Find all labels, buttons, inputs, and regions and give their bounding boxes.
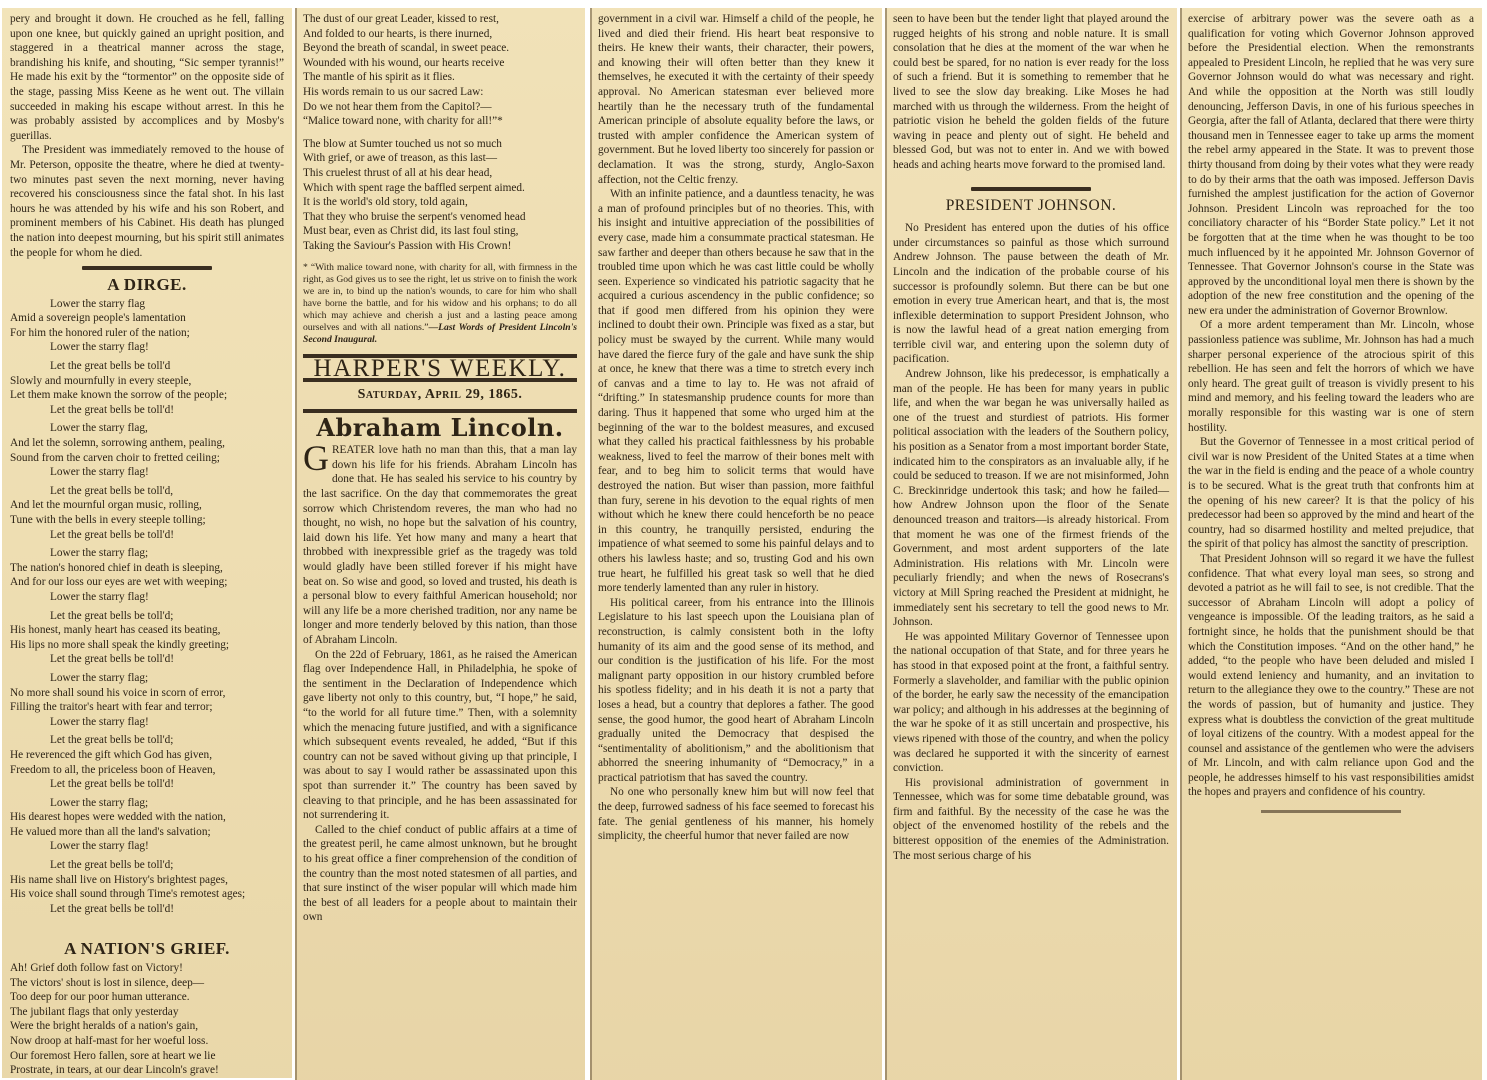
poem-nations-grief: Ah! Grief doth follow fast on Victory!Th… (10, 961, 284, 1078)
poem-line: Lower the starry flag (10, 297, 284, 312)
poem-stanza: Let the great bells be toll'd;His honest… (10, 609, 284, 667)
poem-line: Let the great bells be toll'd! (10, 403, 284, 418)
article-paragraph: Andrew Johnson, like his predecessor, is… (893, 367, 1169, 630)
section-divider (971, 187, 1091, 191)
poem-line: His voice shall sound through Time's rem… (10, 887, 284, 902)
article-paragraph: Of a more ardent temperament than Mr. Li… (1188, 318, 1474, 435)
poem-line: Tune with the bells in every steeple tol… (10, 513, 284, 528)
poem-line: Let the great bells be toll'd (10, 359, 284, 374)
article-paragraph: No President has entered upon the duties… (893, 221, 1169, 367)
poem-title-nations-grief: A NATION'S GRIEF. (10, 942, 284, 957)
poem-dirge: Lower the starry flagAmid a sovereign pe… (10, 297, 284, 917)
poem-stanza: Lower the starry flag;The nation's honor… (10, 546, 284, 604)
poem-stanza: Lower the starry flag,And let the solemn… (10, 421, 284, 479)
article-continuation-paragraph: seen to have been but the tender light t… (893, 12, 1169, 173)
article-paragraph: But the Governor of Tennessee in a most … (1188, 435, 1474, 552)
poem-line: No more shall sound his voice in scorn o… (10, 686, 284, 701)
poem-stanza: Lower the starry flag;No more shall soun… (10, 671, 284, 729)
poem-line: Too deep for our poor human utterance. (10, 990, 284, 1005)
poem-line: His dearest hopes were wedded with the n… (10, 810, 284, 825)
poem-line: Lower the starry flag! (10, 340, 284, 355)
poem-line: Slowly and mournfully in every steeple, (10, 374, 284, 389)
poem-verse-2: The blow at Sumter touched us not so muc… (303, 137, 577, 254)
poem-line: Must bear, even as Christ did, its last … (303, 224, 577, 239)
article-paragraph: He was appointed Military Governor of Te… (893, 630, 1169, 776)
poem-line: Sound from the carven choir to fretted c… (10, 451, 284, 466)
section-divider (82, 266, 212, 270)
poem-line: Let the great bells be toll'd, (10, 484, 284, 499)
poem-line: It is the world's old story, told again, (303, 195, 577, 210)
article-title: Abraham Lincoln. (303, 421, 577, 436)
article-continuation-paragraph: exercise of arbitrary power was the seve… (1188, 12, 1474, 318)
poem-line: Let the great bells be toll'd! (10, 902, 284, 917)
poem-line: He reverenced the gift which God has giv… (10, 748, 284, 763)
poem-line: The mantle of his spirit as it flies. (303, 70, 577, 85)
poem-line: Let the great bells be toll'd! (10, 777, 284, 792)
poem-line: Prostrate, in tears, at our dear Lincoln… (10, 1063, 284, 1078)
dateline: Saturday, April 29, 1865. (303, 386, 577, 413)
poem-verse-1: The dust of our great Leader, kissed to … (303, 12, 577, 129)
poem-line: Lower the starry flag! (10, 465, 284, 480)
article-paragraph: That President Johnson will so regard it… (1188, 552, 1474, 800)
poem-line: The jubilant flags that only yesterday (10, 1005, 284, 1020)
poem-line: Filling the traitor's heart with fear an… (10, 700, 284, 715)
article-paragraph: No one who personally knew him but will … (598, 785, 874, 843)
poem-line: The nation's honored chief in death is s… (10, 561, 284, 576)
poem-line: He valued more than all the land's salva… (10, 825, 284, 840)
poem-line: Ah! Grief doth follow fast on Victory! (10, 961, 284, 976)
article-paragraph: Called to the chief conduct of public af… (303, 823, 577, 925)
poem-line: And folded to our hearts, is there inurn… (303, 27, 577, 42)
section-title-president-johnson: PRESIDENT JOHNSON. (893, 199, 1169, 214)
poem-line: His honest, manly heart has ceased its b… (10, 623, 284, 638)
end-flourish-divider (1261, 810, 1401, 813)
poem-line: Lower the starry flag, (10, 421, 284, 436)
poem-stanza: Lower the starry flagAmid a sovereign pe… (10, 297, 284, 355)
poem-line: The dust of our great Leader, kissed to … (303, 12, 577, 27)
column-3: government in a civil war. Himself a chi… (590, 8, 882, 1080)
poem-stanza: Let the great bells be toll'd;He reveren… (10, 733, 284, 791)
poem-line: This cruelest thrust of all at his dear … (303, 166, 577, 181)
poem-line: Do we not hear them from the Capitol?— (303, 100, 577, 115)
poem-line: The victors' shout is lost in silence, d… (10, 976, 284, 991)
poem-line: His name shall live on History's brighte… (10, 873, 284, 888)
poem-line: Let the great bells be toll'd; (10, 609, 284, 624)
article-paragraph: The President was immediately removed to… (10, 143, 284, 260)
poem-line: The blow at Sumter touched us not so muc… (303, 137, 577, 152)
poem-line: And for our loss our eyes are wet with w… (10, 575, 284, 590)
poem-line: That they who bruise the serpent's venom… (303, 210, 577, 225)
poem-line: Let them make known the sorrow of the pe… (10, 388, 284, 403)
footnote: * “With malice toward none, with charity… (303, 262, 577, 346)
poem-line: Lower the starry flag! (10, 590, 284, 605)
article-paragraph: On the 22d of February, 1861, as he rais… (303, 648, 577, 823)
article-paragraph: His political career, from his entrance … (598, 596, 874, 786)
poem-stanza: Let the great bells be toll'dSlowly and … (10, 359, 284, 417)
poem-line: Wounded with his wound, our hearts recei… (303, 56, 577, 71)
article-continuation-paragraph: pery and brought it down. He crouched as… (10, 12, 284, 143)
poem-line: Beyond the breath of scandal, in sweet p… (303, 41, 577, 56)
article-paragraph: With an infinite patience, and a dauntle… (598, 187, 874, 596)
poem-line: “Malice toward none, with charity for al… (303, 114, 577, 129)
article-continuation-paragraph: government in a civil war. Himself a chi… (598, 12, 874, 187)
poem-title-dirge: A DIRGE. (10, 278, 284, 293)
poem-line: Now droop at half-mast for her woeful lo… (10, 1034, 284, 1049)
poem-line: His lips no more shall speak the kindly … (10, 638, 284, 653)
poem-line: Lower the starry flag! (10, 715, 284, 730)
poem-line: Which with spent rage the baffled serpen… (303, 181, 577, 196)
column-1: pery and brought it down. He crouched as… (2, 8, 292, 1078)
poem-stanza: Lower the starry flag;His dearest hopes … (10, 796, 284, 854)
article-paragraph: His provisional administration of govern… (893, 776, 1169, 864)
poem-line: And let the mournful organ music, rollin… (10, 498, 284, 513)
poem-line: Lower the starry flag; (10, 796, 284, 811)
masthead: HARPER'S WEEKLY. (303, 354, 577, 383)
poem-line: His words remain to us our sacred Law: (303, 85, 577, 100)
poem-stanza: Let the great bells be toll'd,And let th… (10, 484, 284, 542)
poem-line: Freedom to all, the priceless boon of He… (10, 763, 284, 778)
poem-line: Lower the starry flag; (10, 546, 284, 561)
poem-line: Amid a sovereign people's lamentation (10, 311, 284, 326)
poem-line: For him the honored ruler of the nation; (10, 326, 284, 341)
column-5: exercise of arbitrary power was the seve… (1180, 8, 1482, 1080)
column-4: seen to have been but the tender light t… (885, 8, 1177, 1080)
poem-stanza: Let the great bells be toll'd;His name s… (10, 858, 284, 916)
poem-line: With grief, or awe of treason, as this l… (303, 151, 577, 166)
poem-line: Let the great bells be toll'd! (10, 528, 284, 543)
poem-line: Taking the Saviour's Passion with His Cr… (303, 239, 577, 254)
poem-line: Our foremost Hero fallen, sore at heart … (10, 1049, 284, 1064)
poem-line: Let the great bells be toll'd; (10, 733, 284, 748)
poem-line: Let the great bells be toll'd; (10, 858, 284, 873)
column-2: The dust of our great Leader, kissed to … (295, 8, 585, 1080)
poem-line: Lower the starry flag; (10, 671, 284, 686)
poem-line: And let the solemn, sorrowing anthem, pe… (10, 436, 284, 451)
drop-cap: G (303, 443, 329, 473)
poem-line: Were the bright heralds of a nation's ga… (10, 1019, 284, 1034)
article-lead-paragraph: GREATER love hath no man than this, that… (303, 443, 577, 647)
poem-line: Lower the starry flag! (10, 839, 284, 854)
poem-line: Let the great bells be toll'd! (10, 652, 284, 667)
